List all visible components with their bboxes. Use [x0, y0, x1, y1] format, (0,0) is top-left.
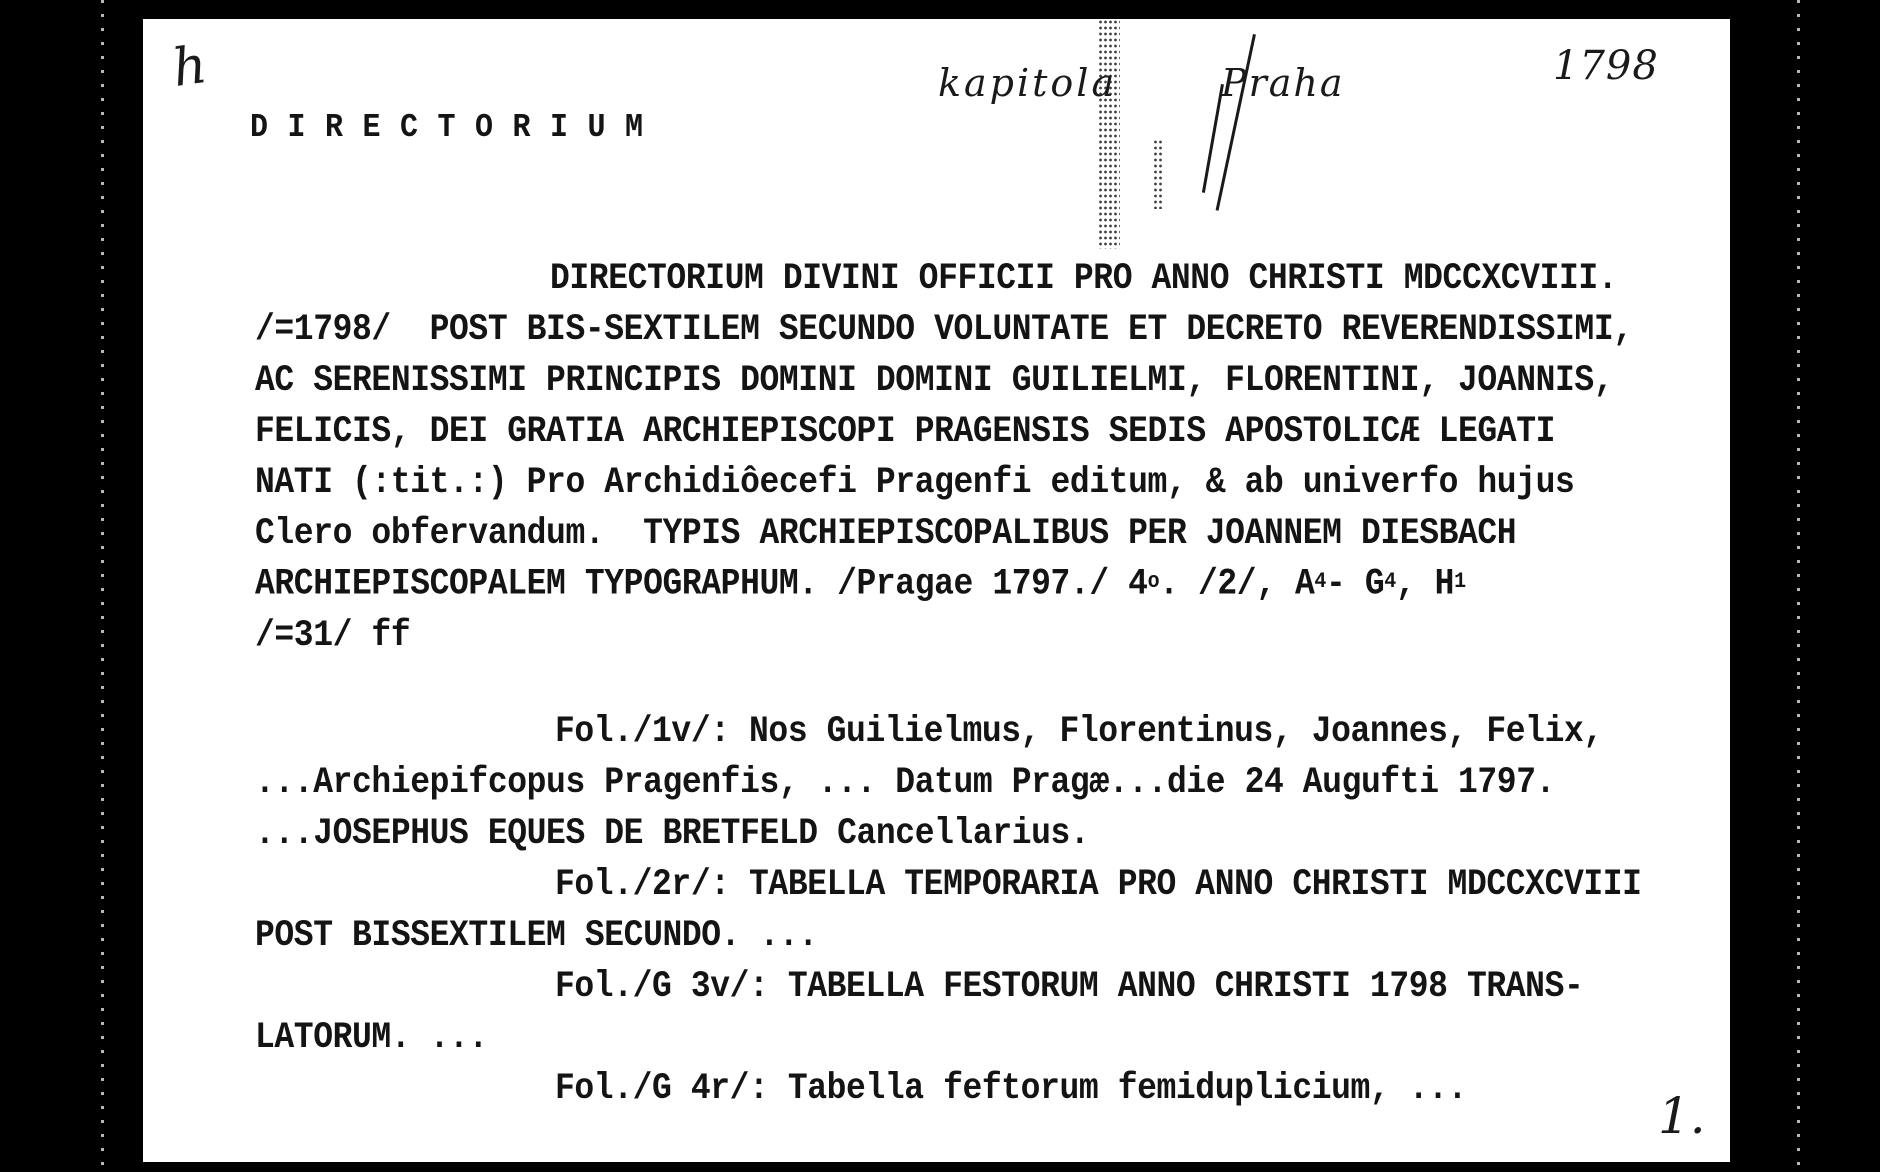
handwritten-page-number: 1. — [1658, 1087, 1706, 1145]
imprint-text: ARCHIEPISCOPALEM TYPOGRAPHUM. /Pragae 17… — [255, 563, 1148, 604]
stamp-smudge — [1098, 19, 1120, 249]
handwritten-signature: kapitola — [938, 61, 1117, 105]
handwritten-year: 1798 — [1553, 43, 1659, 89]
handwritten-initial: h — [169, 35, 211, 99]
folio-entry: Fol./G 4r/: Tabella feftorum femiduplici… — [555, 1067, 1467, 1112]
format-degree: o — [1148, 569, 1160, 595]
title-line: DIRECTORIUM DIVINI OFFICII PRO ANNO CHRI… — [550, 257, 1617, 302]
imprint-comma: , H — [1396, 563, 1454, 604]
title-line: FELICIS, DEI GRATIA ARCHIEPISCOPI PRAGEN… — [255, 410, 1555, 455]
folio-entry: POST BISSEXTILEM SECUNDO. ... — [255, 914, 818, 959]
folio-entry: ...JOSEPHUS EQUES DE BRETFELD Cancellari… — [255, 812, 1089, 857]
stamp-smudge-small — [1153, 139, 1163, 209]
scan-edge-right — [1797, 0, 1800, 1172]
scan-edge-left — [101, 0, 104, 1172]
title-line: AC SERENISSIMI PRINCIPIS DOMINI DOMINI G… — [255, 359, 1613, 404]
title-line: NATI (:tit.:) Pro Archidiôecefi Pragenfi… — [255, 461, 1574, 506]
imprint-line: ARCHIEPISCOPALEM TYPOGRAPHUM. /Pragae 17… — [255, 562, 1466, 611]
imprint-collation: . /2/, A — [1159, 563, 1314, 604]
folio-entry: LATORUM. ... — [255, 1016, 488, 1061]
catalog-card: h kapitola Praha 1798 DIRECTORIUM DIRECT… — [143, 19, 1730, 1162]
signature-h-count: 1 — [1454, 569, 1466, 595]
title-line: Clero obfervandum. TYPIS ARCHIEPISCOPALI… — [255, 512, 1516, 557]
signature-g-count: 4 — [1384, 569, 1396, 595]
folio-entry: ...Archiepifcopus Pragenfis, ... Datum P… — [255, 761, 1555, 806]
signature-a-count: 4 — [1314, 569, 1326, 595]
leaves-count: /=31/ ff — [255, 614, 410, 659]
card-heading: DIRECTORIUM — [250, 109, 663, 147]
title-line: /=1798/ POST BIS-SEXTILEM SECUNDO VOLUNT… — [255, 308, 1633, 353]
folio-entry: Fol./G 3v/: TABELLA FESTORUM ANNO CHRIST… — [555, 965, 1583, 1010]
handwritten-place: Praha — [1221, 61, 1345, 105]
folio-entry: Fol./2r/: TABELLA TEMPORARIA PRO ANNO CH… — [555, 863, 1642, 908]
folio-entry: Fol./1v/: Nos Guilielmus, Florentinus, J… — [555, 710, 1603, 755]
imprint-dash: - G — [1326, 563, 1384, 604]
